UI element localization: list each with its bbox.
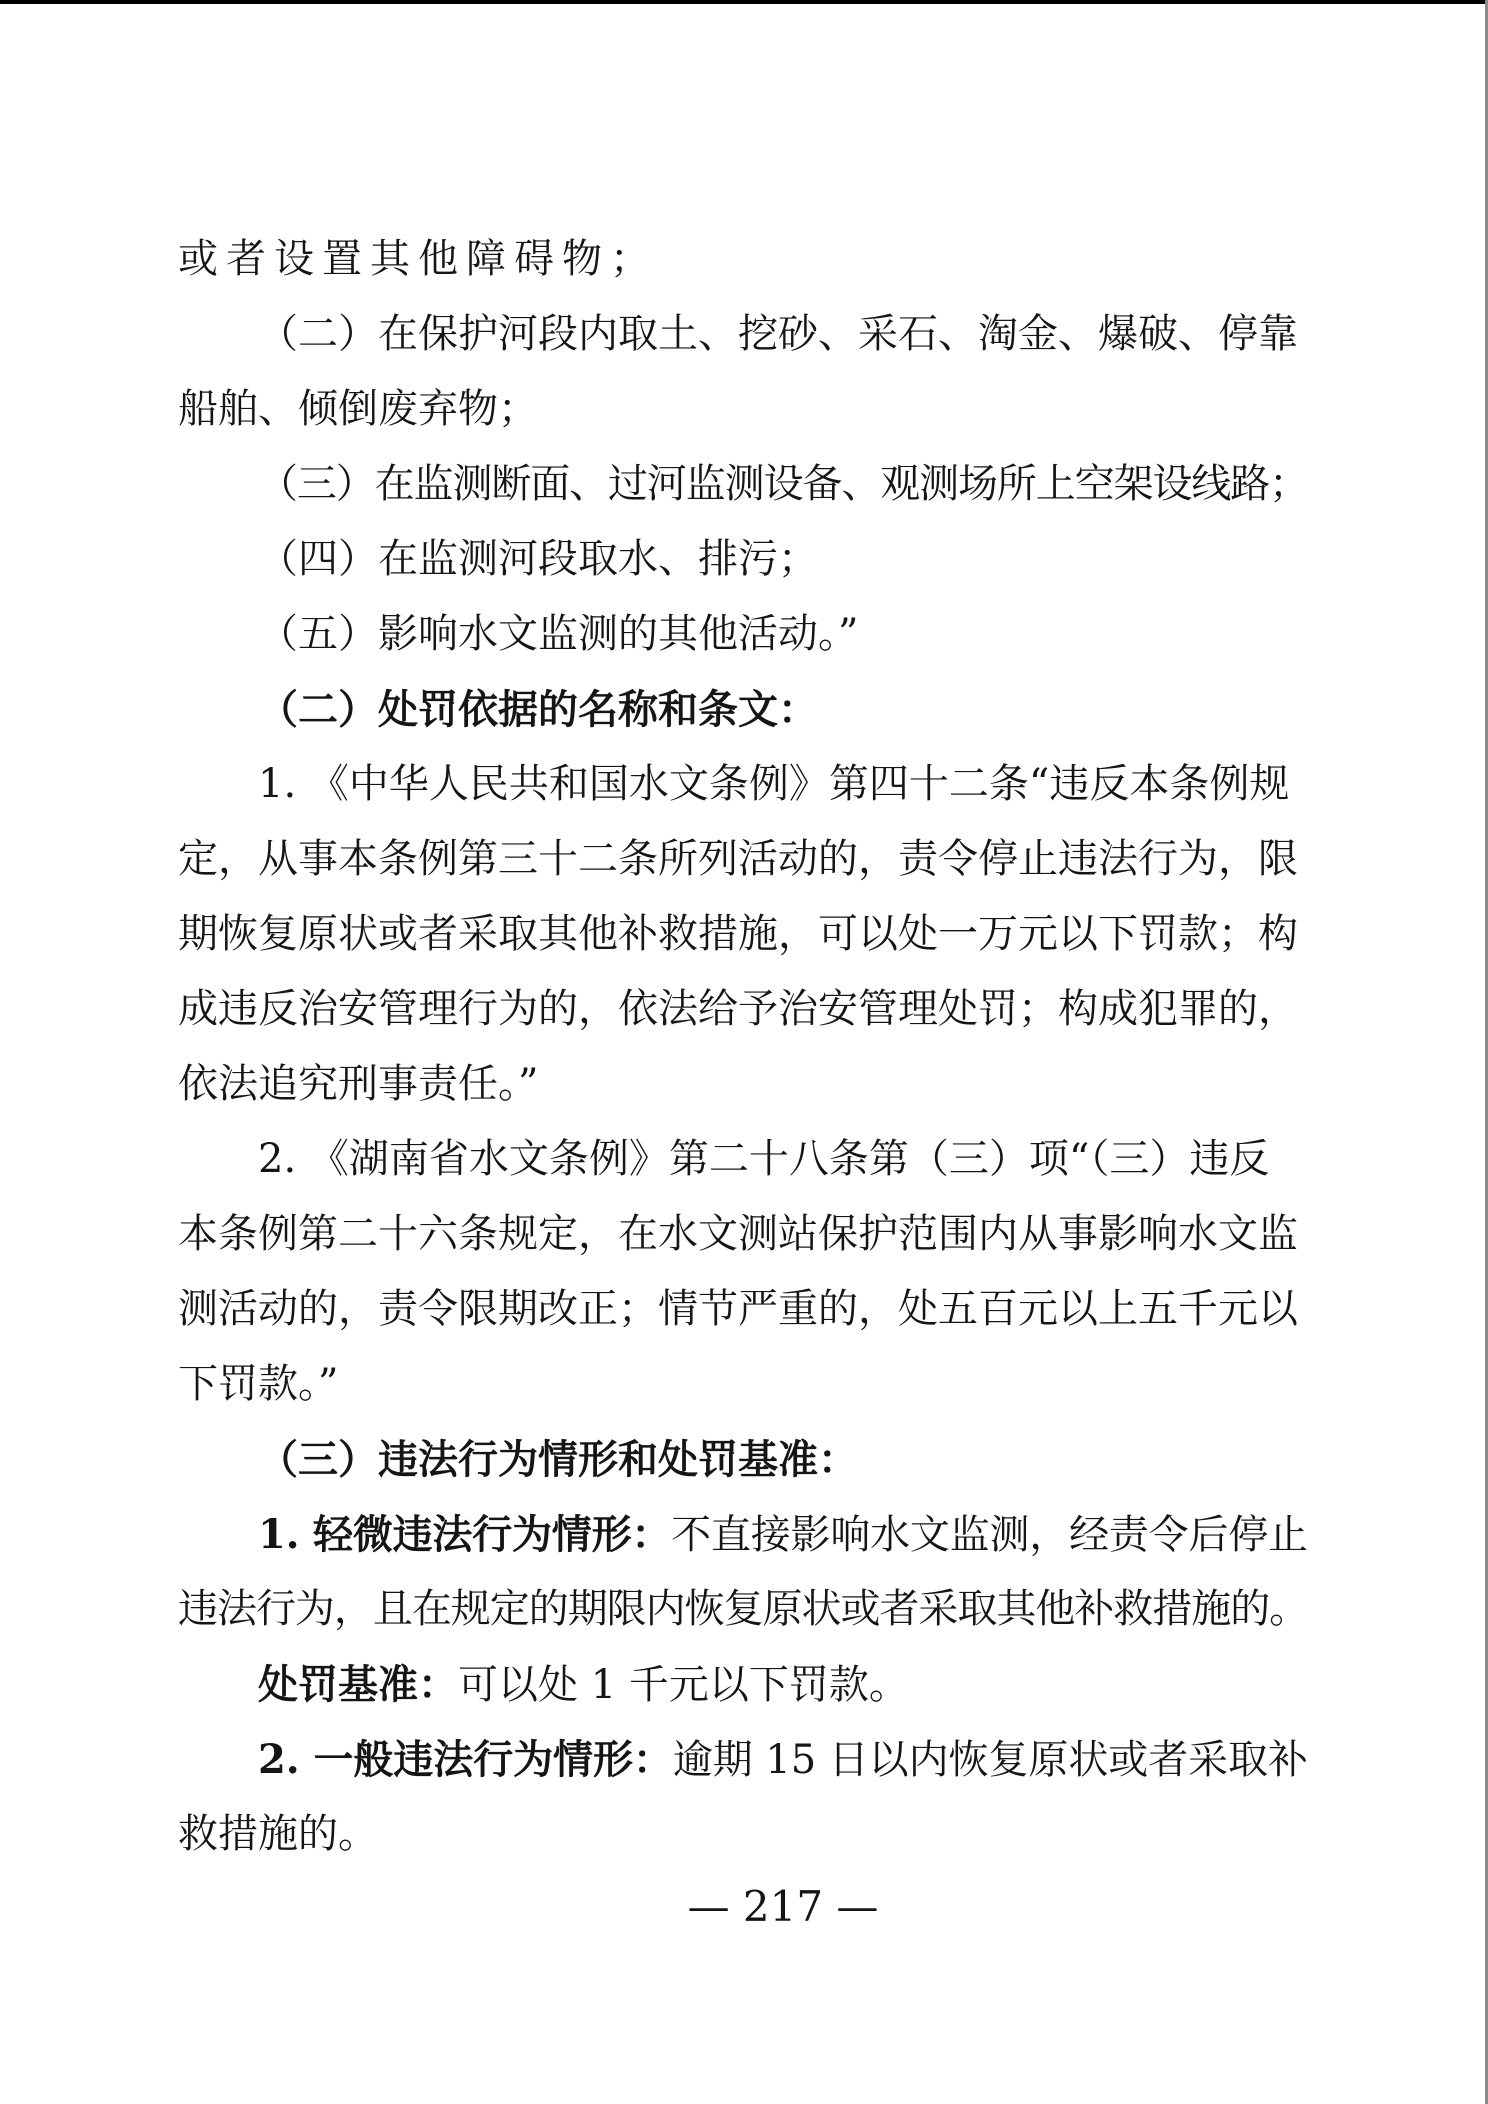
labeled-line-20: 处罚基准：可以处 1 千元以下罚款。 — [178, 1647, 1308, 1722]
bold-text-segment: 1. 轻微违法行为情形： — [258, 1511, 671, 1558]
body-line-9: 定，从事本条例第三十二条所列活动的，责令停止违法行为，限 — [178, 822, 1308, 897]
text-segment: （五）影响水文监测的其他活动。” — [258, 611, 858, 657]
text-segment: 测活动的，责令限期改正；情节严重的，处五百元以上五千元以 — [178, 1286, 1298, 1332]
heading-line-17: （三）违法行为情形和处罚基准： — [178, 1422, 1308, 1497]
bold-text-segment: 2. 一般违法行为情形： — [258, 1736, 673, 1783]
body-line-11: 成违反治安管理行为的，依法给予治安管理处罚；构成犯罪的， — [178, 972, 1308, 1047]
page-top-border-line — [0, 0, 1488, 4]
body-line-12: 依法追究刑事责任。” — [178, 1047, 1308, 1122]
body-line-6: （五）影响水文监测的其他活动。” — [178, 597, 1308, 672]
document-body: 或者设置其他障碍物；（二）在保护河段内取土、挖砂、采石、淘金、爆破、停靠船舶、倾… — [178, 222, 1308, 1872]
body-line-19: 违法行为，且在规定的期限内恢复原状或者采取其他补救措施的。 — [178, 1572, 1308, 1647]
text-segment: 可以处 1 千元以下罚款。 — [458, 1662, 909, 1708]
text-segment: 下罚款。” — [178, 1361, 338, 1407]
bold-text-segment: （二）处罚依据的名称和条文： — [258, 686, 818, 733]
text-segment: 成违反治安管理行为的，依法给予治安管理处罚；构成犯罪的， — [178, 986, 1298, 1032]
body-line-5: （四）在监测河段取水、排污； — [178, 522, 1308, 597]
text-segment: 逾期 15 日以内恢复原状或者采取补 — [673, 1737, 1308, 1783]
labeled-line-21: 2. 一般违法行为情形：逾期 15 日以内恢复原状或者采取补 — [178, 1722, 1308, 1797]
text-segment: 或者设置其他障碍物； — [178, 236, 658, 282]
text-segment: 定，从事本条例第三十二条所列活动的，责令停止违法行为，限 — [178, 836, 1298, 882]
body-line-16: 下罚款。” — [178, 1347, 1308, 1422]
body-line-10: 期恢复原状或者采取其他补救措施，可以处一万元以下罚款；构 — [178, 897, 1308, 972]
page-number-label: — 217 — — [688, 1882, 879, 1931]
page-number: — 217 — — [688, 1884, 879, 1930]
body-line-8: 1. 《中华人民共和国水文条例》第四十二条“违反本条例规 — [178, 747, 1308, 822]
body-line-2: （二）在保护河段内取土、挖砂、采石、淘金、爆破、停靠 — [178, 297, 1308, 372]
body-line-3: 船舶、倾倒废弃物； — [178, 372, 1308, 447]
bold-text-segment: （三）违法行为情形和处罚基准： — [258, 1436, 858, 1483]
body-line-15: 测活动的，责令限期改正；情节严重的，处五百元以上五千元以 — [178, 1272, 1308, 1347]
labeled-line-18: 1. 轻微违法行为情形：不直接影响水文监测，经责令后停止 — [178, 1497, 1308, 1572]
document-page: 或者设置其他障碍物；（二）在保护河段内取土、挖砂、采石、淘金、爆破、停靠船舶、倾… — [0, 0, 1488, 2104]
text-segment: 船舶、倾倒废弃物； — [178, 386, 538, 432]
body-line-1: 或者设置其他障碍物； — [178, 222, 1308, 297]
text-segment: （二）在保护河段内取土、挖砂、采石、淘金、爆破、停靠 — [258, 311, 1298, 357]
text-segment: （四）在监测河段取水、排污； — [258, 536, 818, 582]
text-segment: 救措施的。 — [178, 1811, 378, 1857]
body-line-22: 救措施的。 — [178, 1797, 1308, 1872]
body-line-13: 2. 《湖南省水文条例》第二十八条第（三）项“（三）违反 — [178, 1122, 1308, 1197]
text-segment: 期恢复原状或者采取其他补救措施，可以处一万元以下罚款；构 — [178, 911, 1298, 957]
text-segment: 1. 《中华人民共和国水文条例》第四十二条“违反本条例规 — [258, 761, 1289, 807]
body-line-14: 本条例第二十六条规定，在水文测站保护范围内从事影响水文监 — [178, 1197, 1308, 1272]
text-segment: 本条例第二十六条规定，在水文测站保护范围内从事影响水文监 — [178, 1211, 1298, 1257]
text-segment: （三）在监测断面、过河监测设备、观测场所上空架设线路； — [258, 461, 1308, 507]
text-segment: 2. 《湖南省水文条例》第二十八条第（三）项“（三）违反 — [258, 1136, 1269, 1182]
text-segment: 不直接影响水文监测，经责令后停止 — [671, 1512, 1308, 1558]
heading-line-7: （二）处罚依据的名称和条文： — [178, 672, 1308, 747]
text-segment: 违法行为，且在规定的期限内恢复原状或者采取其他补救措施的。 — [178, 1586, 1308, 1632]
body-line-4: （三）在监测断面、过河监测设备、观测场所上空架设线路； — [178, 447, 1308, 522]
text-segment: 依法追究刑事责任。” — [178, 1061, 538, 1107]
bold-text-segment: 处罚基准： — [258, 1661, 458, 1708]
